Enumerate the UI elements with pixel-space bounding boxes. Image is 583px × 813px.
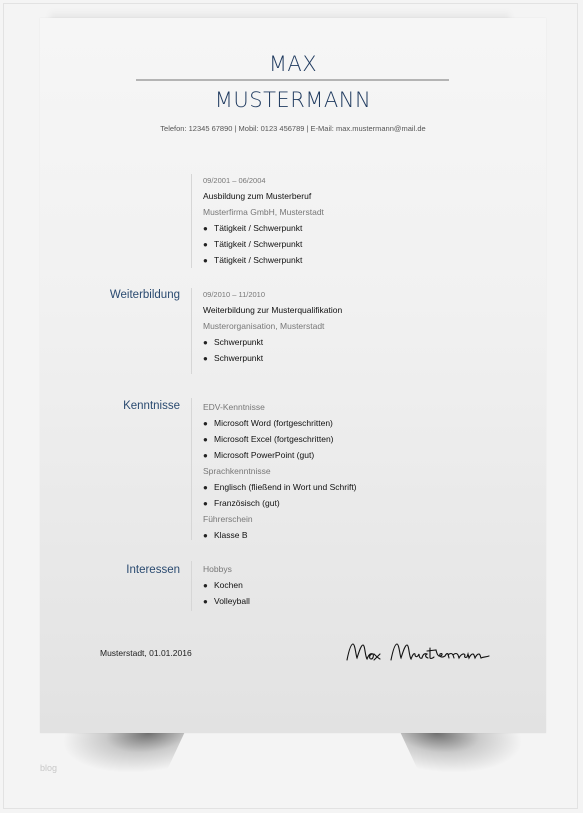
weiterbildung-title: Weiterbildung zur Musterqualifikation [203,302,533,318]
list-item: ●Schwerpunkt [203,350,533,366]
bullet-icon: ● [203,416,214,432]
bullet-icon: ● [203,253,214,269]
cv-page: MAX MUSTERMANN Telefon: 12345 67890 | Mo… [40,18,546,733]
section-label-kenntnisse: Kenntnisse [40,400,180,412]
list-item: ●Microsoft Excel (fortgeschritten) [203,431,533,447]
bullet-icon: ● [203,594,214,610]
group-heading: EDV-Kenntnisse [203,399,533,415]
bullet-icon: ● [203,448,214,464]
bullet-icon: ● [203,578,214,594]
interessen-section: Hobbys ●Kochen ●Volleyball [203,561,533,609]
group-heading: Führerschein [203,511,533,527]
list-item: ●Tätigkeit / Schwerpunkt [203,236,533,252]
list-item: ●Klasse B [203,527,533,543]
ausbildung-org: Musterfirma GmbH, Musterstadt [203,204,533,220]
list-item: ●Microsoft Word (fortgeschritten) [203,415,533,431]
list-item: ●Volleyball [203,593,533,609]
section-label-interessen: Interessen [40,564,180,576]
page-curl-shadow-right [401,733,540,773]
section-label-weiterbildung: Weiterbildung [40,289,180,301]
weiterbildung-org: Musterorganisation, Musterstadt [203,318,533,334]
last-name: MUSTERMANN [40,88,546,112]
bullet-icon: ● [203,237,214,253]
bullet-icon: ● [203,480,214,496]
ausbildung-divider [191,174,192,268]
list-item: ●Schwerpunkt [203,334,533,350]
list-item: ●Microsoft PowerPoint (gut) [203,447,533,463]
list-item: ●Französisch (gut) [203,495,533,511]
first-name: MAX [40,52,546,76]
bullet-icon: ● [203,335,214,351]
ausbildung-section: 09/2001 – 06/2004 Ausbildung zum Musterb… [203,174,533,268]
signature-icon [343,636,503,666]
kenntnisse-section: EDV-Kenntnisse ●Microsoft Word (fortgesc… [203,399,533,543]
group-heading: Hobbys [203,561,533,577]
list-item: ●Tätigkeit / Schwerpunkt [203,252,533,268]
list-item: ●Kochen [203,577,533,593]
name-divider [136,79,449,81]
weiterbildung-divider [191,288,192,374]
group-heading: Sprachkenntnisse [203,463,533,479]
bullet-icon: ● [203,496,214,512]
watermark: blog [40,763,57,773]
weiterbildung-section: 09/2010 – 11/2010 Weiterbildung zur Must… [203,288,533,366]
bullet-icon: ● [203,351,214,367]
page-curl-shadow-left [46,733,185,773]
list-item: ●Englisch (fließend in Wort und Schrift) [203,479,533,495]
contact-line: Telefon: 12345 67890 | Mobil: 0123 45678… [40,124,546,133]
kenntnisse-divider [191,398,192,540]
weiterbildung-date: 09/2010 – 11/2010 [203,288,533,302]
bullet-icon: ● [203,528,214,544]
bullet-icon: ● [203,221,214,237]
ausbildung-title: Ausbildung zum Musterberuf [203,188,533,204]
ausbildung-date: 09/2001 – 06/2004 [203,174,533,188]
place-date: Musterstadt, 01.01.2016 [100,648,192,658]
bullet-icon: ● [203,432,214,448]
list-item: ●Tätigkeit / Schwerpunkt [203,220,533,236]
interessen-divider [191,561,192,611]
